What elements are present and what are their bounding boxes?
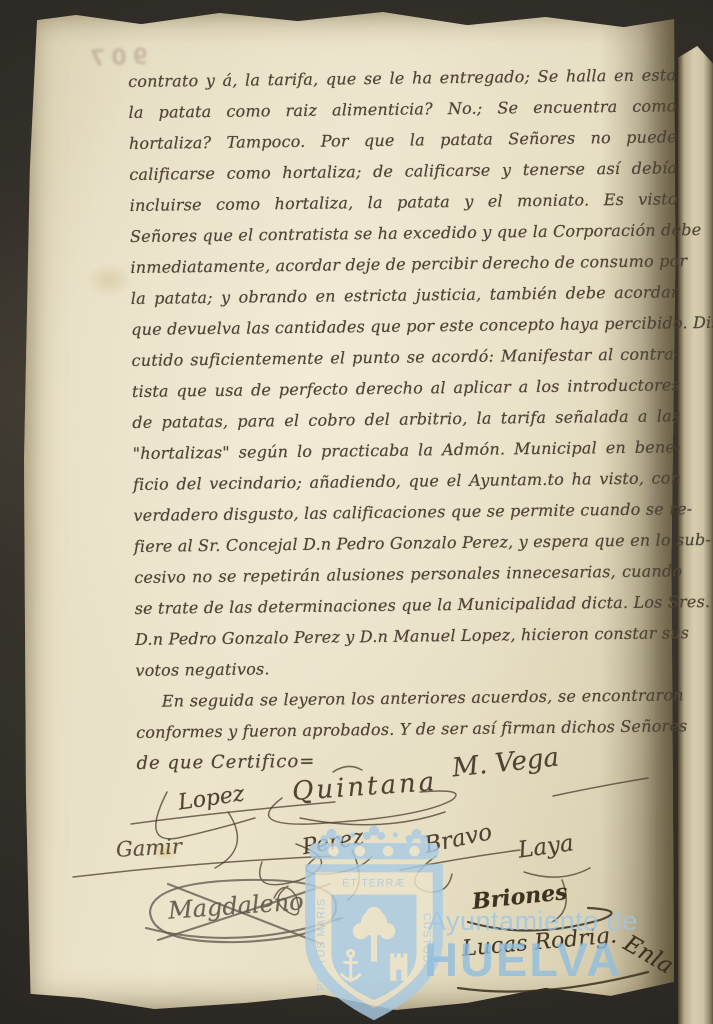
manuscript-text: contrato y á, la tarifa, que se le ha en… [128,59,685,779]
archive-scan: 907 contrato y á, la tarifa, que se le h… [0,0,713,1024]
paper-stain [86,263,132,297]
signature-gamir: Gamir [115,834,182,861]
